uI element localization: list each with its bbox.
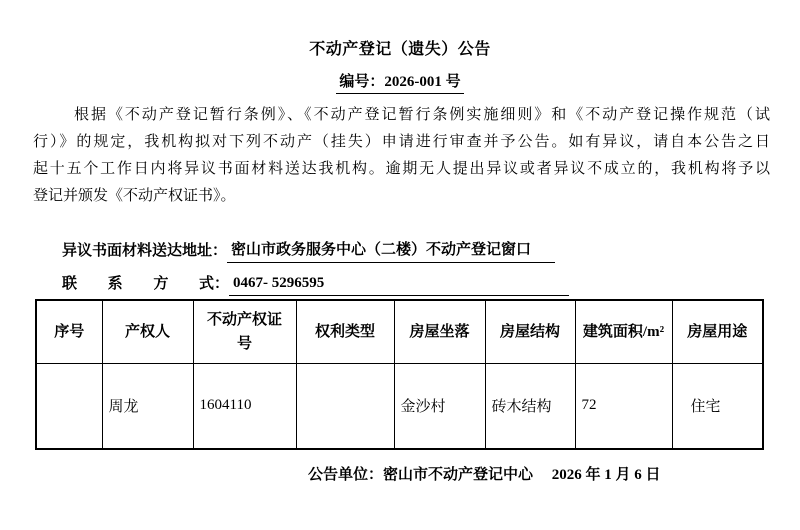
contact-label: 联系方式 [62, 272, 214, 296]
page-title: 不动产登记（遗失）公告 [0, 36, 800, 59]
header-house-usage: 房屋用途 [672, 300, 763, 363]
doc-number-line: 编号：2026-001 号 [0, 70, 800, 94]
cell-house-usage: 住宅 [672, 363, 763, 449]
objection-address-label: 异议书面材料送达地址： [62, 243, 227, 259]
issuer-and-date: 公告单位：密山市不动产登记中心 2026 年 1 月 6 日 [308, 463, 661, 484]
cell-building-area: 72 [575, 363, 672, 449]
doc-number: 编号：2026-001 号 [336, 70, 463, 94]
paragraph-line: 登记并颁发《不动产权证书》。 [33, 183, 770, 210]
header-building-area: 建筑面积/m² [575, 300, 672, 363]
property-table: 序号 产权人 不动产权证 号 权利类型 房屋坐落 房屋结构 建筑面积/m² 房屋… [35, 299, 764, 450]
contact-colon: ： [214, 276, 229, 292]
paragraph-line: 行）》的规定，我机构拟对下列不动产（挂失）申请进行审查并予公告。如有异议，请自本… [33, 129, 770, 156]
header-owner: 产权人 [102, 300, 193, 363]
cell-house-location: 金沙村 [394, 363, 485, 449]
cell-owner: 周龙 [102, 363, 193, 449]
cell-right-type [296, 363, 394, 449]
header-house-location: 房屋坐落 [394, 300, 485, 363]
paragraph-line: 根据《不动产登记暂行条例》、《不动产登记暂行条例实施细则》和《不动产登记操作规范… [33, 102, 770, 129]
cell-house-structure: 砖木结构 [485, 363, 575, 449]
cell-certificate-number: 1604110 [193, 363, 296, 449]
objection-address-value: 密山市政务服务中心（二楼）不动产登记窗口 [227, 239, 555, 263]
header-right-type: 权利类型 [296, 300, 394, 363]
contact-value: 0467- 5296595 [229, 272, 569, 296]
paragraph-line: 起十五个工作日内将异议书面材料送达我机构。逾期无人提出异议或者异议不成立的，我机… [33, 156, 770, 183]
header-serial-number: 序号 [36, 300, 102, 363]
objection-address-line: 异议书面材料送达地址：密山市政务服务中心（二楼）不动产登记窗口 [62, 239, 555, 263]
table-row: 周龙 1604110 金沙村 砖木结构 72 住宅 [36, 363, 763, 449]
header-house-structure: 房屋结构 [485, 300, 575, 363]
table-header-row: 序号 产权人 不动产权证 号 权利类型 房屋坐落 房屋结构 建筑面积/m² 房屋… [36, 300, 763, 363]
cell-serial-number [36, 363, 102, 449]
notice-document: 不动产登记（遗失）公告 编号：2026-001 号 根据《不动产登记暂行条例》、… [0, 0, 800, 530]
contact-line: 联系方式：0467- 5296595 [62, 272, 569, 296]
header-certificate-number: 不动产权证 号 [193, 300, 296, 363]
notice-body-paragraph: 根据《不动产登记暂行条例》、《不动产登记暂行条例实施细则》和《不动产登记操作规范… [33, 102, 770, 210]
